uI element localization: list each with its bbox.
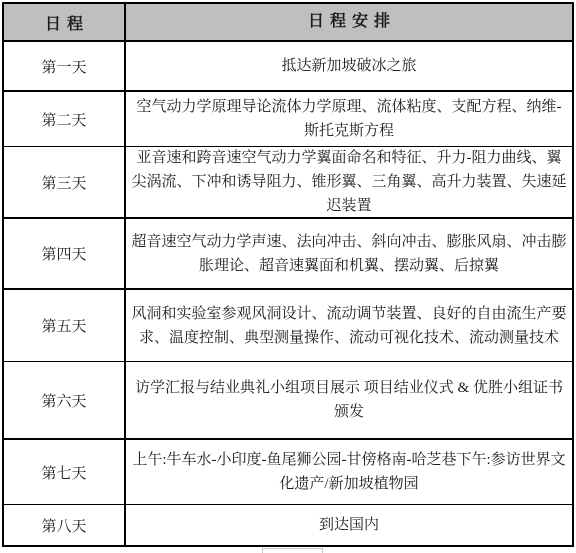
- table-row: 第七天 上午:牛车水-小印度-鱼尾狮公园-甘傍格南-哈芝巷下午:参访世界文化遗产…: [4, 440, 572, 505]
- table-row: 第四天 超音速空气动力学声速、法向冲击、斜向冲击、膨胀风扇、冲击膨胀理论、超音速…: [4, 219, 572, 290]
- day-cell: 第四天: [4, 219, 126, 288]
- plan-cell: 风洞和实验室参观风洞设计、流动调节装置、良好的自由流生产要求、温度控制、典型测量…: [126, 290, 572, 361]
- table-row: 第一天 抵达新加坡破冰之旅: [4, 42, 572, 92]
- table-row: 第八天 到达国内: [4, 505, 572, 545]
- plan-cell: 上午:牛车水-小印度-鱼尾狮公园-甘傍格南-哈芝巷下午:参访世界文化遗产/新加坡…: [126, 440, 572, 504]
- plan-cell: 到达国内: [126, 505, 572, 545]
- plan-cell: 空气动力学原理导论流体力学原理、流体粘度、支配方程、纳维-斯托克斯方程: [126, 92, 572, 146]
- table-header-row: 日程 日程安排: [4, 4, 572, 42]
- header-day-cell: 日程: [4, 4, 126, 40]
- schedule-table: 日程 日程安排 第一天 抵达新加坡破冰之旅 第二天 空气动力学原理导论流体力学原…: [2, 2, 574, 547]
- day-cell: 第七天: [4, 440, 126, 504]
- plan-cell: 访学汇报与结业典礼小组项目展示 项目结业仪式 & 优胜小组证书颁发: [126, 362, 572, 438]
- day-cell: 第二天: [4, 92, 126, 146]
- plan-cell: 超音速空气动力学声速、法向冲击、斜向冲击、膨胀风扇、冲击膨胀理论、超音速翼面和机…: [126, 219, 572, 288]
- table-row: 第三天 亚音速和跨音速空气动力学翼面命名和特征、升力-阻力曲线、翼尖涡流、下冲和…: [4, 147, 572, 219]
- bottom-cutoff-element: [262, 548, 323, 553]
- table-row: 第六天 访学汇报与结业典礼小组项目展示 项目结业仪式 & 优胜小组证书颁发: [4, 362, 572, 440]
- table-row: 第二天 空气动力学原理导论流体力学原理、流体粘度、支配方程、纳维-斯托克斯方程: [4, 92, 572, 147]
- plan-cell: 抵达新加坡破冰之旅: [126, 42, 572, 90]
- day-cell: 第六天: [4, 362, 126, 438]
- plan-cell: 亚音速和跨音速空气动力学翼面命名和特征、升力-阻力曲线、翼尖涡流、下冲和诱导阻力…: [126, 147, 572, 217]
- day-cell: 第八天: [4, 505, 126, 545]
- day-cell: 第一天: [4, 42, 126, 90]
- table-row: 第五天 风洞和实验室参观风洞设计、流动调节装置、良好的自由流生产要求、温度控制、…: [4, 290, 572, 362]
- header-plan-cell: 日程安排: [126, 4, 572, 40]
- day-cell: 第三天: [4, 147, 126, 217]
- day-cell: 第五天: [4, 290, 126, 361]
